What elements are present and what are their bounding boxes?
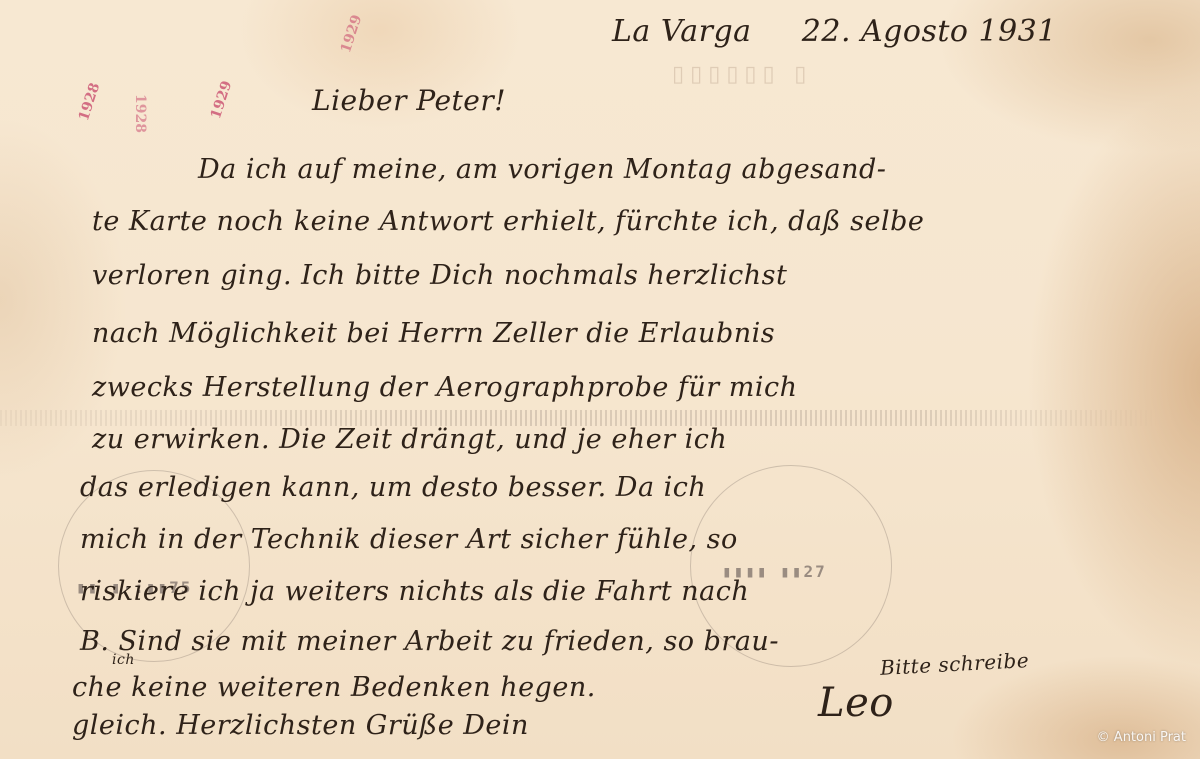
body-line: mich in der Technik dieser Art sicher fü…: [80, 524, 738, 555]
place: La Varga: [612, 14, 752, 49]
body-line: Da ich auf meine, am vorigen Montag abge…: [198, 154, 886, 185]
body-line: zwecks Herstellung der Aerographprobe fü…: [92, 372, 798, 403]
body-line: nach Möglichkeit bei Herrn Zeller die Er…: [92, 318, 775, 349]
body-line: che keine weiteren Bedenken hegen.: [72, 672, 596, 703]
date: 22. Agosto 1931: [802, 14, 1057, 49]
postcard: ▯▯▯▯▯▯ ▯ 1928 1928 1929 1929 ▮▮ ▮·:▮▮75 …: [0, 0, 1200, 759]
faint-stamp-top: ▯▯▯▯▯▯ ▯: [672, 62, 812, 87]
body-line: gleich. Herzlichsten Grüße Dein: [72, 710, 529, 741]
postscript: Bitte schreibe: [879, 648, 1029, 680]
body-line: das erledigen kann, um desto besser. Da …: [80, 472, 706, 503]
signature: Leo: [818, 680, 894, 726]
postmark-number: 27: [803, 562, 826, 581]
body-line: verloren ging. Ich bitte Dich nochmals h…: [92, 260, 787, 291]
body-line: riskiere ich ja weiters nichts als die F…: [80, 576, 749, 607]
body-line: te Karte noch keine Antwort erhielt, für…: [92, 206, 924, 237]
body-line: zu erwirken. Die Zeit drängt, und je ehe…: [92, 424, 727, 455]
inserted-word: ich: [112, 652, 135, 668]
year-stamp: 1928: [132, 94, 148, 133]
year-stamp: 1929: [338, 13, 365, 55]
greeting: Lieber Peter!: [312, 84, 506, 117]
copyright-watermark: © Antoni Prat: [1097, 730, 1186, 745]
place-date-header: La Varga 22. Agosto 1931: [612, 14, 1057, 49]
year-stamp: 1929: [208, 79, 235, 121]
body-line: B. Sind sie mit meiner Arbeit zu frieden…: [80, 626, 779, 657]
year-stamp: 1928: [76, 81, 103, 123]
